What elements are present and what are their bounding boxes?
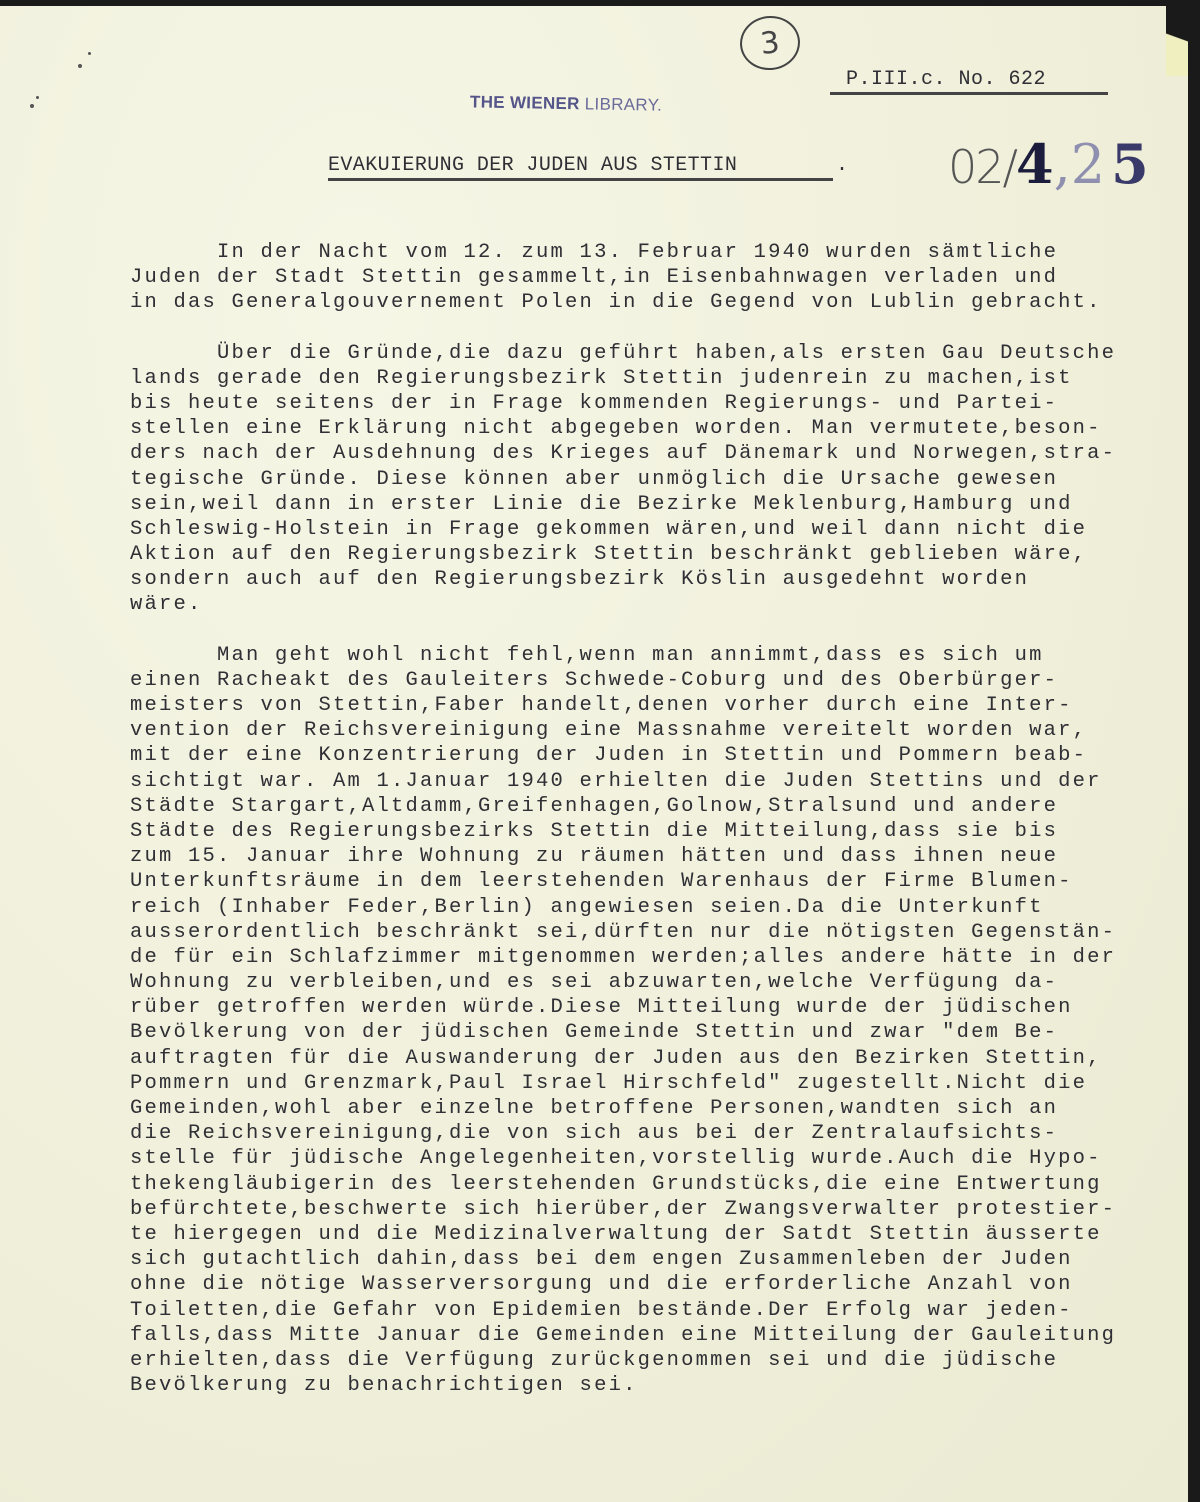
text-line: auftragten für die Auswanderung der Jude… (130, 1046, 1190, 1071)
text-line: thekengläubigerin des leerstehenden Grun… (130, 1172, 1190, 1197)
text-line: In der Nacht vom 12. zum 13. Februar 194… (130, 240, 1190, 265)
text-line: Bevölkerung von der jüdischen Gemeinde S… (130, 1020, 1190, 1045)
text-line: die Reichsvereinigung,die von sich aus b… (130, 1121, 1190, 1146)
text-line: ders nach der Ausdehnung des Krieges auf… (130, 441, 1190, 466)
archive-number: 02/4,25 (948, 132, 1149, 196)
page-number-text: 3 (759, 25, 782, 62)
text-line: Wohnung zu verbleiben,und es sei abzuwar… (130, 970, 1190, 995)
paragraph: Man geht wohl nicht fehl,wenn man annimm… (130, 643, 1190, 1399)
stamp-suffix: LIBRARY. (585, 94, 663, 114)
text-line: te hiergegen und die Medizinalverwaltung… (130, 1222, 1190, 1247)
circled-page-number: 3 (737, 13, 802, 73)
text-line: ausserordentlich beschränkt sei,dürften … (130, 920, 1190, 945)
paragraph: Über die Gründe,die dazu geführt haben,a… (130, 341, 1190, 618)
title-period: . (836, 154, 848, 177)
text-line: sichtigt war. Am 1.Januar 1940 erhielten… (130, 769, 1190, 794)
text-line: de für ein Schlafzimmer mitgenommen werd… (130, 945, 1190, 970)
text-line: Juden der Stadt Stettin gesammelt,in Eis… (130, 265, 1190, 290)
archive-handwritten-prefix: 02/ (948, 140, 1016, 194)
archive-digit-3: 5 (1111, 132, 1149, 196)
title-underline (328, 178, 833, 181)
text-line: bis heute seitens der in Frage kommenden… (130, 391, 1190, 416)
text-line: Gemeinden,wohl aber einzelne betroffene … (130, 1096, 1190, 1121)
paragraph: In der Nacht vom 12. zum 13. Februar 194… (130, 240, 1190, 316)
text-line: Pommern und Grenzmark,Paul Israel Hirsch… (130, 1071, 1190, 1096)
stamp-prefix: THE WIENER (470, 92, 580, 113)
text-line: einen Racheakt des Gauleiters Schwede-Co… (130, 668, 1190, 693)
text-line: Man geht wohl nicht fehl,wenn man annimm… (130, 643, 1190, 668)
document-body: In der Nacht vom 12. zum 13. Februar 194… (130, 240, 1190, 1423)
text-line: Unterkunftsräume in dem leerstehenden Wa… (130, 869, 1190, 894)
archive-digit-1: 4 (1016, 132, 1054, 196)
text-line: reich (Inhaber Feder,Berlin) angewiesen … (130, 895, 1190, 920)
text-line: erhielten,dass die Verfügung zurückgenom… (130, 1348, 1190, 1373)
text-line: Städte Stargart,Altdamm,Greifenhagen,Gol… (130, 794, 1190, 819)
text-line: falls,dass Mitte Januar die Gemeinden ei… (130, 1323, 1190, 1348)
reference-underline (830, 92, 1108, 95)
text-line: sein,weil dann in erster Linie die Bezir… (130, 492, 1190, 517)
text-line: lands gerade den Regierungsbezirk Stetti… (130, 366, 1190, 391)
text-line: rüber getroffen werden würde.Diese Mitte… (130, 995, 1190, 1020)
document-page: 3 P.III.c. No. 622 THE WIENER LIBRARY. E… (0, 6, 1188, 1502)
text-line: mit der eine Konzentrierung der Juden in… (130, 743, 1190, 768)
text-line: stelle für jüdische Angelegenheiten,vors… (130, 1146, 1190, 1171)
text-line: Schleswig-Holstein in Frage gekommen wär… (130, 517, 1190, 542)
text-line: vention der Reichsvereinigung eine Massn… (130, 718, 1190, 743)
text-line: befürchtete,beschwerte sich hierüber,der… (130, 1197, 1190, 1222)
text-line: meisters von Stettin,Faber handelt,denen… (130, 693, 1190, 718)
document-title: EVAKUIERUNG DER JUDEN AUS STETTIN (328, 154, 737, 177)
text-line: sich gutachtlich dahin,dass bei dem enge… (130, 1247, 1190, 1272)
text-line: tegische Gründe. Diese können aber unmög… (130, 467, 1190, 492)
text-line: ohne die nötige Wasserversorgung und die… (130, 1272, 1190, 1297)
reference-number: P.III.c. No. 622 (846, 68, 1046, 91)
text-line: sondern auch auf den Regierungsbezirk Kö… (130, 567, 1190, 592)
paper-specks (26, 52, 96, 112)
text-line: wäre. (130, 592, 1190, 617)
text-line: Über die Gründe,die dazu geführt haben,a… (130, 341, 1190, 366)
library-stamp: THE WIENER LIBRARY. (470, 92, 662, 115)
text-line: Bevölkerung zu benachrichtigen sei. (130, 1373, 1190, 1398)
page-corner-fold (1166, 6, 1188, 76)
text-line: Aktion auf den Regierungsbezirk Stettin … (130, 542, 1190, 567)
archive-digit-2: ,2 (1054, 133, 1106, 196)
text-line: zum 15. Januar ihre Wohnung zu räumen hä… (130, 844, 1190, 869)
text-line: Toiletten,die Gefahr von Epidemien bestä… (130, 1298, 1190, 1323)
text-line: Städte des Regierungsbezirks Stettin die… (130, 819, 1190, 844)
text-line: stellen eine Erklärung nicht abgegeben w… (130, 416, 1190, 441)
text-line: in das Generalgouvernement Polen in die … (130, 290, 1190, 315)
